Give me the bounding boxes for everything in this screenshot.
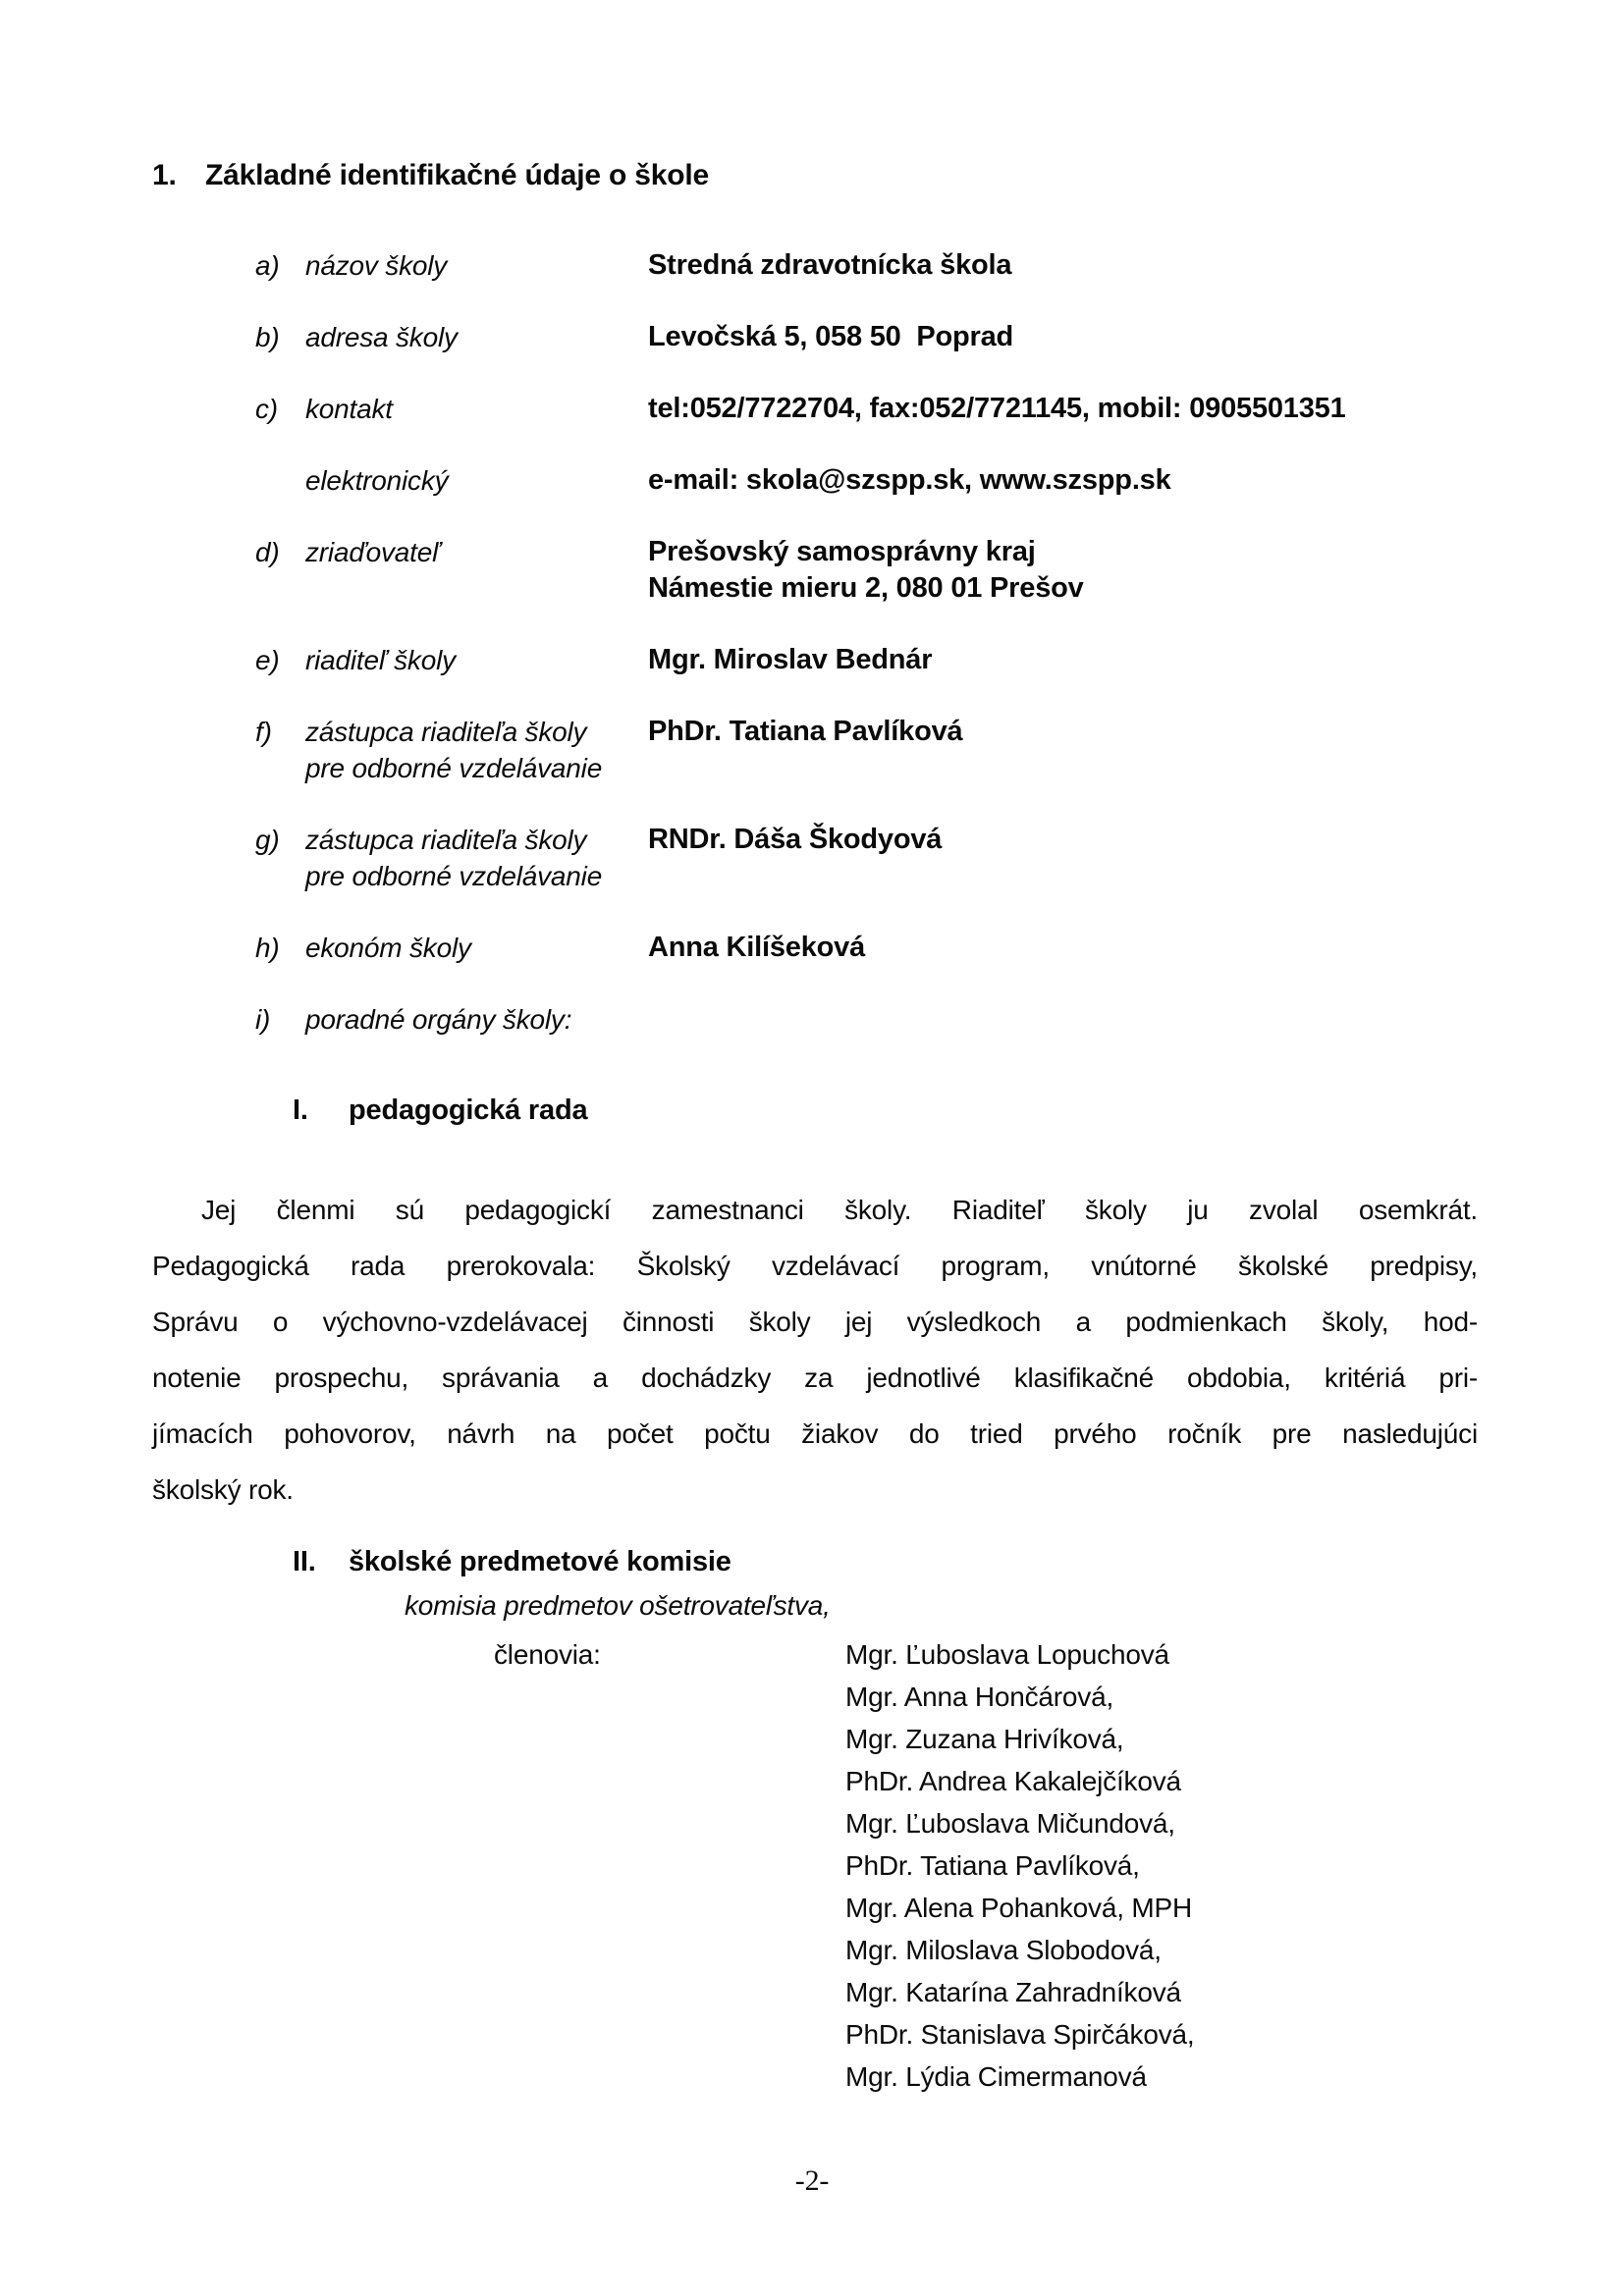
section-numeral: I. — [293, 1092, 349, 1129]
para-line: jímacích pohovorov, návrh na počet počtu… — [152, 1406, 1478, 1462]
section-heading-pedagogicka-rada: I.pedagogická rada — [293, 1092, 1624, 1129]
para-line: školský rok. — [152, 1462, 1478, 1518]
item-row-elektronicky: elektronický e-mail: skola@szspp.sk, www… — [255, 462, 1624, 499]
item-value: RNDr. Dáša Škodyová — [648, 822, 1624, 894]
item-label: zástupca riaditeľa školypre odborné vzde… — [305, 714, 648, 786]
item-row-adresa-skoly: b) adresa školy Levočská 5, 058 50 Popra… — [255, 319, 1624, 355]
item-value: Stredná zdravotnícka škola — [648, 247, 1624, 284]
item-row-nazov-skoly: a) názov školy Stredná zdravotnícka škol… — [255, 247, 1624, 284]
item-label: zriaďovateľ — [305, 534, 648, 607]
para-line: Jej členmi sú pedagogickí zamestnanci šk… — [152, 1182, 1478, 1238]
identification-items: a) názov školy Stredná zdravotnícka škol… — [255, 247, 1624, 1038]
item-label: názov školy — [305, 247, 648, 284]
item-label: adresa školy — [305, 319, 648, 355]
item-value: Levočská 5, 058 50 Poprad — [648, 319, 1624, 355]
item-letter: c) — [255, 391, 305, 427]
item-label: poradné orgány školy: — [305, 1001, 648, 1038]
item-value: PhDr. Tatiana Pavlíková — [648, 714, 1624, 786]
item-row-zastupca-2: g) zástupca riaditeľa školypre odborné v… — [255, 822, 1624, 894]
doc-heading: 1.Základné identifikačné údaje o škole — [152, 157, 1624, 194]
item-letter: f) — [255, 714, 305, 786]
item-value — [648, 1001, 1624, 1038]
item-row-poradne-organy: i) poradné orgány školy: — [255, 1001, 1624, 1038]
members-list: Mgr. Ľuboslava Lopuchová Mgr. Anna Hončá… — [845, 1633, 1624, 2098]
item-letter: a) — [255, 247, 305, 284]
item-label-line: pre odborné vzdelávanie — [305, 858, 648, 894]
item-value-line: Prešovský samosprávny kraj — [648, 534, 1624, 570]
item-value: Prešovský samosprávny krajNámestie mieru… — [648, 534, 1624, 607]
member-name: Mgr. Miloslava Slobodová, — [845, 1929, 1624, 1971]
item-label: elektronický — [305, 462, 648, 499]
item-label-line: zástupca riaditeľa školy — [305, 822, 648, 858]
item-letter — [255, 462, 305, 499]
item-label: riaditeľ školy — [305, 642, 648, 678]
doc-heading-text: Základné identifikačné údaje o škole — [205, 159, 709, 191]
member-name: Mgr. Ľuboslava Mičundová, — [845, 1802, 1624, 1844]
item-value: e-mail: skola@szspp.sk, www.szspp.sk — [648, 462, 1624, 499]
member-name: PhDr. Tatiana Pavlíková, — [845, 1844, 1624, 1887]
committee-members: členovia: Mgr. Ľuboslava Lopuchová Mgr. … — [494, 1633, 1624, 2098]
members-label: členovia: — [494, 1633, 845, 2098]
item-label: ekonóm školy — [305, 930, 648, 966]
para-line: notenie prospechu, správania a dochádzky… — [152, 1350, 1478, 1406]
member-name: PhDr. Stanislava Spirčáková, — [845, 2013, 1624, 2056]
section-title: školské predmetové komisie — [349, 1546, 731, 1577]
para-line: Pedagogická rada prerokovala: Školský vz… — [152, 1238, 1478, 1294]
item-label: kontakt — [305, 391, 648, 427]
member-name: Mgr. Lýdia Cimermanová — [845, 2056, 1624, 2098]
member-name: PhDr. Andrea Kakalejčíková — [845, 1760, 1624, 1802]
doc-heading-number: 1. — [152, 157, 205, 194]
item-value: Mgr. Miroslav Bednár — [648, 642, 1624, 678]
item-letter: i) — [255, 1001, 305, 1038]
section-heading-skolske-predmetove-komisie: II.školské predmetové komisie — [293, 1543, 1624, 1580]
item-letter: b) — [255, 319, 305, 355]
member-name: Mgr. Ľuboslava Lopuchová — [845, 1633, 1624, 1676]
committee-subtitle: komisia predmetov ošetrovateľstva, — [405, 1586, 1624, 1626]
paragraph: Jej členmi sú pedagogickí zamestnanci šk… — [152, 1182, 1478, 1518]
item-letter: h) — [255, 930, 305, 966]
document-page: 1.Základné identifikačné údaje o škole a… — [0, 0, 1624, 2296]
item-letter: g) — [255, 822, 305, 894]
item-row-zriadovatel: d) zriaďovateľ Prešovský samosprávny kra… — [255, 534, 1624, 607]
item-row-ekonom-skoly: h) ekonóm školy Anna Kilíšeková — [255, 930, 1624, 966]
member-name: Mgr. Anna Hončárová, — [845, 1676, 1624, 1718]
item-row-zastupca-1: f) zástupca riaditeľa školypre odborné v… — [255, 714, 1624, 786]
para-line: Správu o výchovno-vzdelávacej činnosti š… — [152, 1294, 1478, 1350]
section-numeral: II. — [293, 1543, 349, 1580]
page-number: -2- — [0, 2164, 1624, 2198]
item-letter: d) — [255, 534, 305, 607]
item-letter: e) — [255, 642, 305, 678]
item-label: zástupca riaditeľa školypre odborné vzde… — [305, 822, 648, 894]
item-label-line: zástupca riaditeľa školy — [305, 714, 648, 750]
item-value-line: Námestie mieru 2, 080 01 Prešov — [648, 570, 1624, 607]
member-name: Mgr. Alena Pohanková, MPH — [845, 1887, 1624, 1929]
member-name: Mgr. Zuzana Hrivíková, — [845, 1718, 1624, 1760]
section-title: pedagogická rada — [349, 1095, 587, 1126]
member-name: Mgr. Katarína Zahradníková — [845, 1971, 1624, 2013]
item-row-kontakt: c) kontakt tel:052/7722704, fax:052/7721… — [255, 391, 1624, 427]
item-value: tel:052/7722704, fax:052/7721145, mobil:… — [648, 391, 1624, 427]
item-label-line: pre odborné vzdelávanie — [305, 750, 648, 786]
item-value: Anna Kilíšeková — [648, 930, 1624, 966]
item-row-riaditel-skoly: e) riaditeľ školy Mgr. Miroslav Bednár — [255, 642, 1624, 678]
